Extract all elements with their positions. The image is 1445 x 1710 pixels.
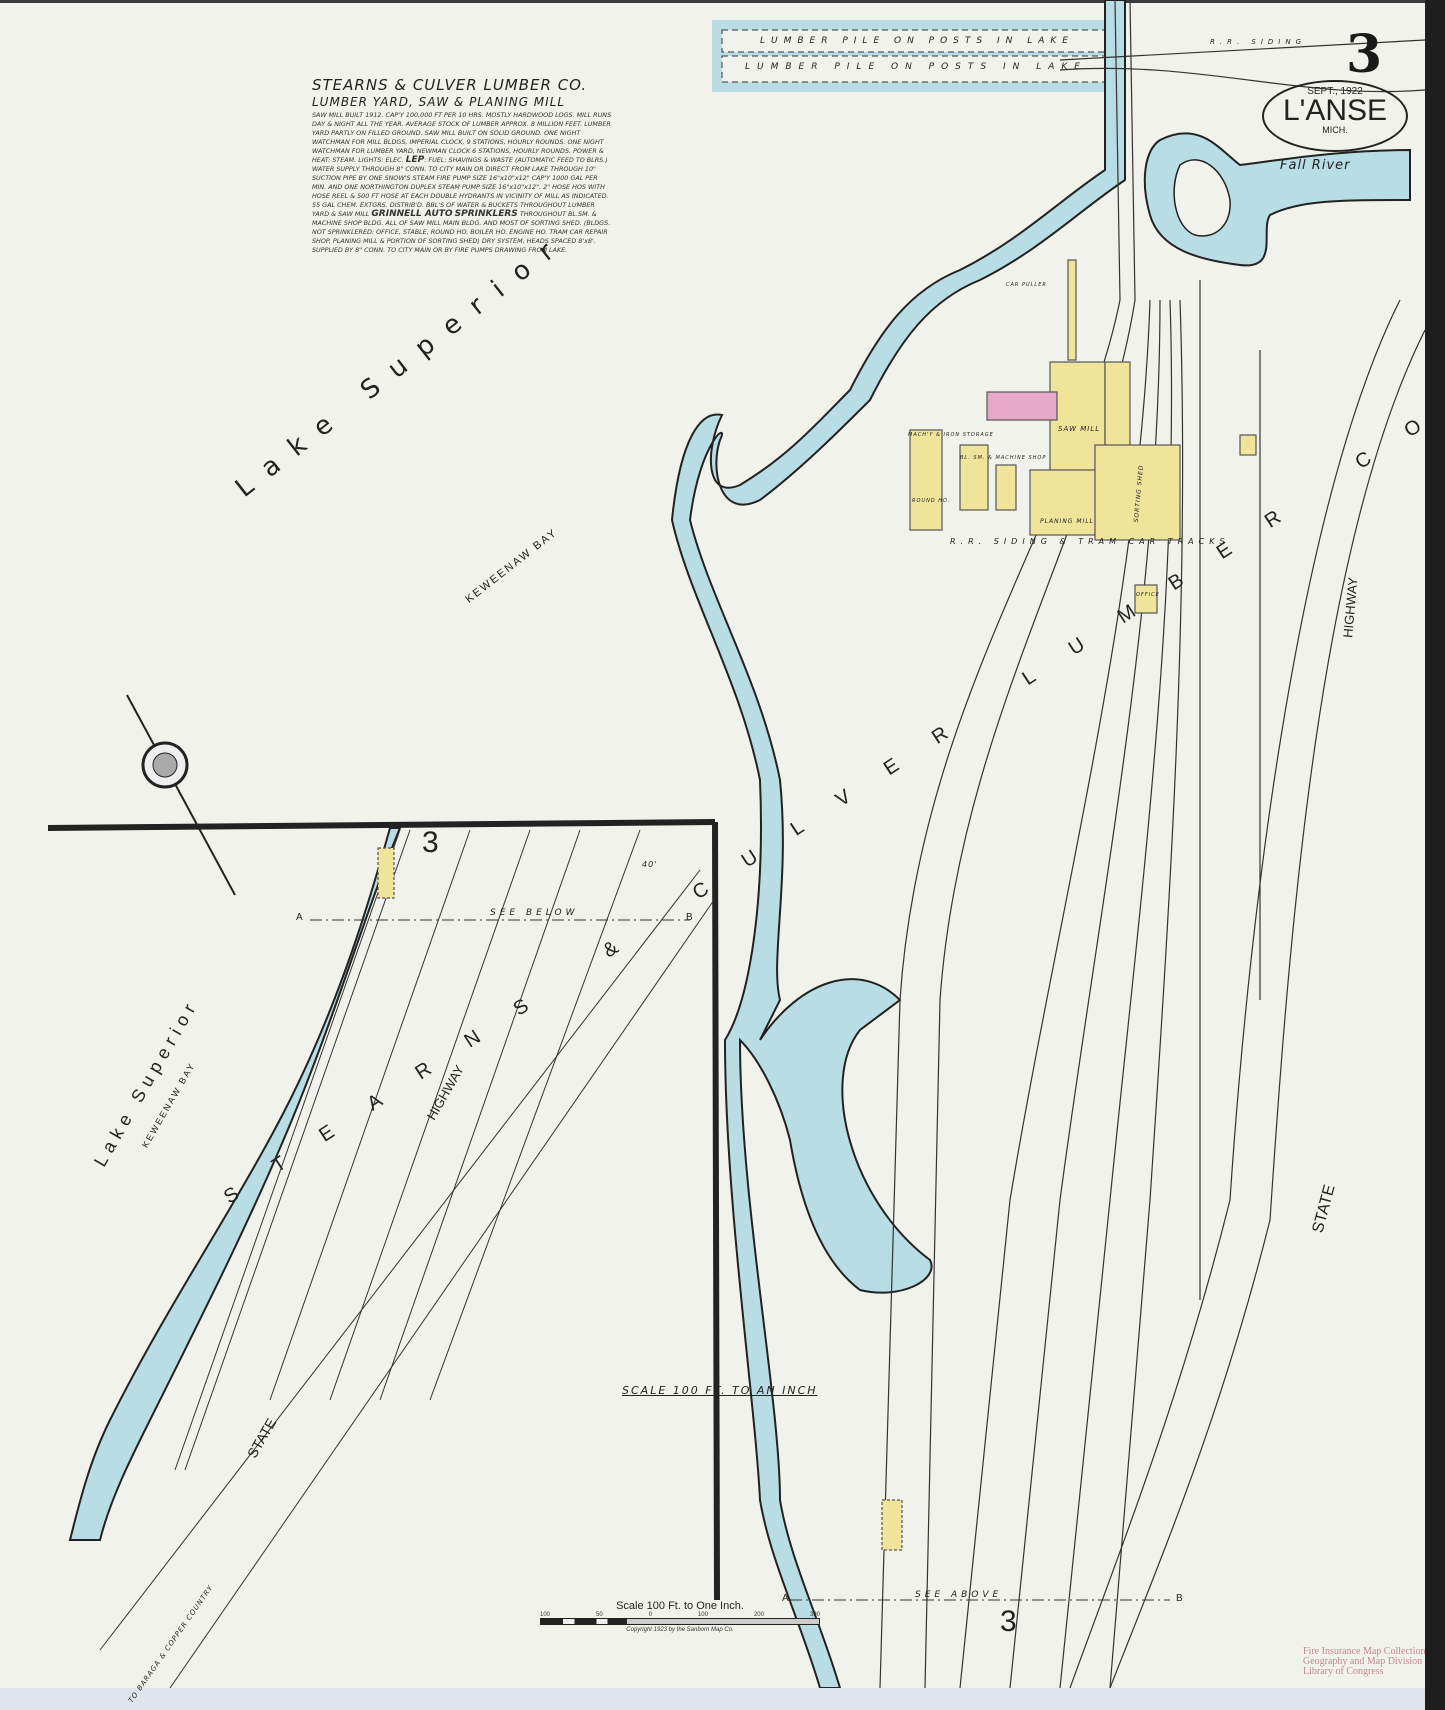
building-saw-mill: SAW MILL	[1058, 425, 1100, 433]
scale-handwritten: SCALE 100 FT. TO AN INCH	[622, 1384, 818, 1397]
rr-siding-tracks-label: R.R. SIDING & TRAM CAR TRACKS	[950, 537, 1230, 546]
building-round-house: ROUND HO.	[912, 498, 950, 504]
bottom-sheet-number: 3	[1000, 1605, 1017, 1639]
lumber-pile-label-2: LUMBER PILE ON POSTS IN LAKE	[745, 62, 1087, 72]
scale-graphic	[540, 1618, 820, 1625]
building-machine-shop: BL. SM. & MACHINE SHOP	[960, 455, 1046, 461]
see-below-label: SEE BELOW	[490, 908, 579, 918]
rr-siding-top-label: R.R. SIDING	[1210, 38, 1306, 46]
section-a-inset: A	[296, 912, 303, 923]
building-planing-mill: PLANING MILL	[1040, 518, 1094, 525]
building-office: OFFICE	[1136, 592, 1160, 598]
building-car-puller: CAR PULLER	[1006, 282, 1047, 288]
title-notes: SAW MILL BUILT 1912. CAP'Y 100,000 FT PE…	[312, 111, 612, 255]
scale-label: Scale 100 Ft. to One Inch.	[540, 1600, 820, 1612]
lumber-pile-lake	[712, 20, 1122, 92]
town-cartouche: SEPT., 1922 L'ANSE MICH.	[1262, 80, 1408, 152]
map-drawing	[0, 0, 1425, 1688]
mill-buildings	[378, 260, 1256, 1550]
inset-sheet-number: 3	[422, 826, 439, 860]
building-machy-storage: MACH'Y & IRON STORAGE	[908, 432, 994, 438]
company-title: STEARNS & CULVER LUMBER CO.	[312, 76, 612, 94]
dimension-40-inset: 40'	[642, 860, 657, 869]
section-b-inset: B	[686, 912, 693, 923]
section-b-main: B	[1176, 1593, 1183, 1604]
compass-rose	[127, 695, 235, 895]
sheet-number: 3	[1346, 24, 1382, 85]
fall-river-label: Fall River	[1280, 158, 1350, 173]
town-name: L'ANSE	[1264, 97, 1406, 125]
scale-bar: Scale 100 Ft. to One Inch. 100 50 0 100 …	[540, 1600, 820, 1633]
see-above-label: SEE ABOVE	[915, 1590, 1002, 1600]
loc-credit: Fire Insurance Map Collection Geography …	[1303, 1647, 1425, 1677]
copyright: Copyright 1923 by the Sanborn Map Co.	[540, 1627, 820, 1633]
lumber-pile-label-1: LUMBER PILE ON POSTS IN LAKE	[760, 36, 1074, 46]
title-block: STEARNS & CULVER LUMBER CO. LUMBER YARD,…	[312, 76, 612, 255]
company-subtitle: LUMBER YARD, SAW & PLANING MILL	[312, 95, 612, 109]
scan-edge-right	[1425, 0, 1445, 1710]
